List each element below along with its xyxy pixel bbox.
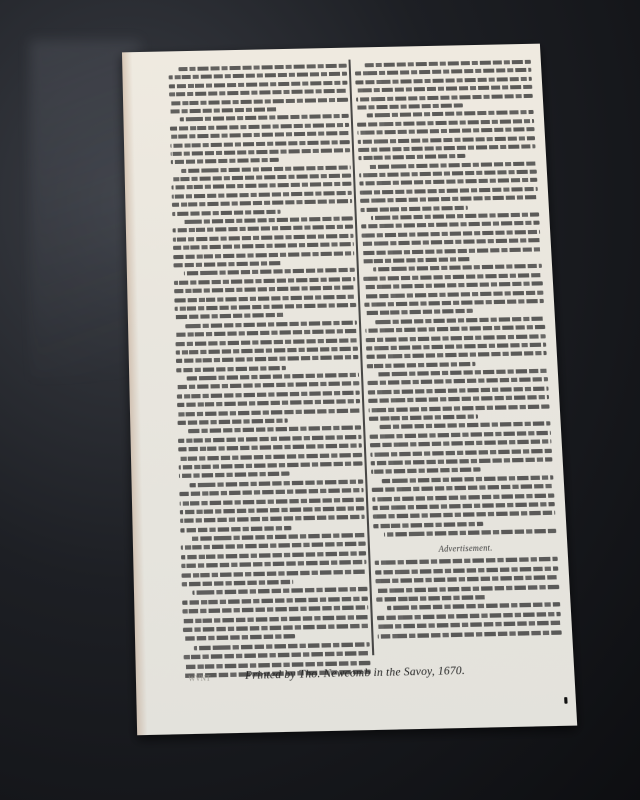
text-line <box>361 230 540 238</box>
text-line <box>357 127 534 135</box>
text-line <box>181 560 366 568</box>
text-line <box>377 369 547 377</box>
text-line <box>169 107 276 113</box>
text-line <box>183 634 295 641</box>
text-line <box>373 521 483 528</box>
text-line <box>359 178 537 186</box>
text-line <box>359 170 537 178</box>
text-line <box>355 68 531 76</box>
text-line <box>366 342 546 350</box>
text-line <box>356 93 533 101</box>
text-line <box>169 72 347 80</box>
text-line <box>177 399 360 407</box>
text-line <box>172 191 352 199</box>
text-line <box>185 320 357 328</box>
text-line <box>367 378 548 386</box>
text-line <box>169 80 348 88</box>
text-line <box>373 264 542 272</box>
text-line <box>367 362 475 369</box>
text-line <box>372 493 554 501</box>
text-line <box>179 488 363 496</box>
text-line <box>175 303 357 311</box>
left-column <box>168 62 371 681</box>
text-line <box>368 386 549 394</box>
text-line <box>358 154 465 160</box>
text-line <box>177 382 360 390</box>
text-line <box>365 309 473 315</box>
text-line <box>169 89 348 97</box>
text-line <box>180 114 349 122</box>
text-line <box>382 475 554 483</box>
text-line <box>356 85 533 93</box>
text-line <box>182 580 293 587</box>
text-line <box>175 313 284 319</box>
text-line <box>171 174 351 182</box>
text-line <box>364 281 543 289</box>
text-line <box>375 557 558 565</box>
text-line <box>363 257 470 263</box>
text-line <box>358 144 535 152</box>
text-line <box>173 225 354 233</box>
text-line <box>177 408 360 416</box>
text-line <box>364 290 543 298</box>
text-line <box>174 285 355 293</box>
text-line <box>173 242 354 250</box>
text-line <box>173 261 282 267</box>
text-line <box>377 612 561 620</box>
text-line <box>189 479 363 487</box>
text-line <box>182 216 352 224</box>
text-line <box>373 511 556 519</box>
text-line <box>188 426 361 434</box>
text-line <box>178 452 362 460</box>
text-line <box>175 329 357 337</box>
text-line <box>375 566 558 574</box>
text-line <box>371 457 553 465</box>
text-line <box>369 414 478 421</box>
text-line <box>365 60 531 67</box>
text-line <box>172 199 352 207</box>
text-line <box>387 603 560 611</box>
text-line <box>362 247 541 255</box>
text-line <box>171 182 351 190</box>
text-line <box>170 140 349 148</box>
text-line <box>181 165 351 173</box>
text-line <box>171 158 279 164</box>
text-line <box>183 615 369 623</box>
text-line <box>184 268 355 276</box>
text-line <box>178 435 362 443</box>
text-line <box>181 542 366 550</box>
text-line <box>369 404 550 412</box>
text-line <box>371 468 480 475</box>
text-line <box>367 110 534 118</box>
text-line <box>384 529 556 537</box>
text-line <box>358 136 535 144</box>
text-line <box>180 497 364 505</box>
text-line <box>360 195 538 203</box>
text-line <box>182 596 368 604</box>
text-line <box>169 97 348 105</box>
text-line <box>377 621 561 629</box>
text-line <box>360 205 467 211</box>
text-line <box>170 123 349 131</box>
newspaper-page: Advertisement. WVNT Printed by Tho. Newc… <box>122 44 577 736</box>
text-line <box>191 533 366 541</box>
text-line <box>376 595 486 602</box>
text-line <box>357 119 534 127</box>
text-line <box>368 395 549 403</box>
text-line <box>177 390 360 398</box>
text-line <box>355 77 532 85</box>
text-line <box>370 448 552 456</box>
text-line <box>365 325 545 333</box>
text-line <box>178 444 362 452</box>
text-line <box>360 187 538 195</box>
text-line <box>364 299 544 307</box>
text-line <box>174 294 356 302</box>
text-line <box>176 355 358 363</box>
text-line <box>176 366 286 373</box>
text-line <box>194 642 370 650</box>
text-line <box>179 461 363 469</box>
text-line <box>181 569 366 577</box>
text-line <box>356 103 462 109</box>
text-line <box>372 502 554 510</box>
text-line <box>361 221 540 229</box>
right-column: Advertisement. <box>355 58 562 641</box>
text-line <box>375 316 545 324</box>
text-line <box>181 551 366 559</box>
text-line <box>178 418 288 425</box>
text-line <box>184 651 371 659</box>
text-line <box>362 238 541 246</box>
text-line <box>376 584 560 592</box>
text-line <box>187 373 359 381</box>
text-line <box>171 148 351 156</box>
advertisement-heading: Advertisement. <box>374 542 557 556</box>
text-line <box>371 212 539 220</box>
text-line <box>180 526 291 533</box>
text-line <box>183 624 369 632</box>
text-line <box>173 234 354 242</box>
text-line <box>375 575 558 583</box>
text-line <box>363 273 542 281</box>
text-line <box>370 439 552 447</box>
text-line <box>378 630 562 638</box>
text-line <box>176 346 358 354</box>
text-line <box>179 472 289 479</box>
text-line <box>380 422 551 430</box>
text-line <box>174 277 355 285</box>
text-line <box>180 515 365 523</box>
text-line <box>372 484 554 492</box>
text-line <box>180 506 365 514</box>
text-line <box>182 605 368 613</box>
text-line <box>192 587 367 595</box>
text-line <box>172 209 280 215</box>
text-line <box>366 351 546 359</box>
text-line <box>170 131 349 139</box>
text-line <box>366 334 546 342</box>
page-mark <box>564 697 568 704</box>
text-line <box>175 338 357 346</box>
text-line <box>369 161 537 169</box>
text-line <box>178 64 346 72</box>
text-line <box>173 251 354 259</box>
text-line <box>370 431 551 439</box>
